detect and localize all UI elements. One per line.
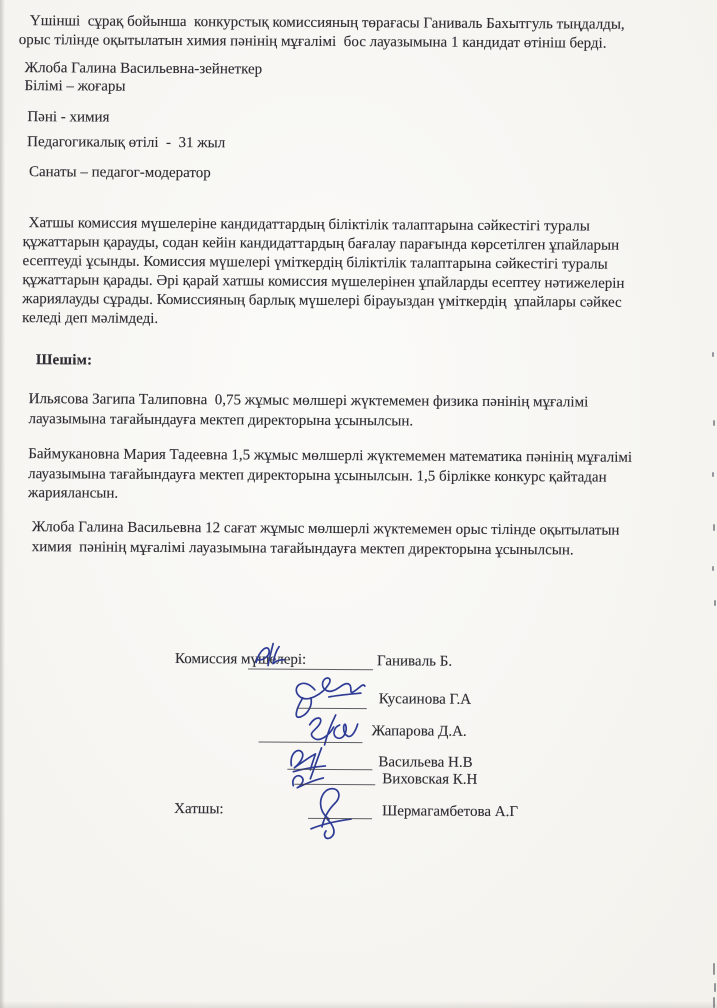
member-name: Ганиваль Б. — [377, 653, 452, 670]
scan-artifact — [712, 352, 714, 357]
scan-edge-shadow-bottom — [0, 1001, 717, 1008]
scan-artifact — [712, 472, 714, 477]
member-name: Васильева Н.В — [378, 754, 472, 772]
member-name: Кусаинова Г.А — [379, 691, 471, 709]
scan-artifact — [714, 983, 716, 992]
education-line: Білімі – жоғары — [24, 78, 125, 96]
scan-artifact — [713, 420, 715, 426]
scan-artifact — [712, 566, 714, 571]
intro-paragraph: Үшінші сұрақ бойынша конкурстық комиссия… — [19, 12, 625, 54]
signature-scribble-ganival — [246, 640, 306, 670]
decision-line: лауазымына тағайындауға мектеп директоры… — [28, 410, 588, 433]
scan-artifact — [713, 963, 715, 975]
signature-scribble-shermagambetova — [301, 785, 361, 841]
decision-paragraph-2: Баймукановна Мария Тадеевна 1,5 жұмыс мө… — [28, 445, 632, 507]
procedure-line: келеді деп мәлімдеді. — [22, 309, 624, 332]
signature-scribble-zhaparova — [301, 710, 363, 750]
candidate-name-line: Жлоба Галина Васильевна-зейнеткер — [25, 60, 263, 78]
scanned-protocol-page: Үшінші сұрақ бойынша конкурстық комиссия… — [0, 0, 717, 1008]
decision-paragraph-1: Ильясова Загипа Талиповна 0,75 жұмыс мөл… — [28, 390, 588, 432]
procedure-paragraph: Хатшы комиссия мүшелеріне кандидаттардың… — [22, 214, 625, 332]
decision-line: жариялансын. — [28, 484, 632, 507]
decision-paragraph-3: Жлоба Галина Васильевна 12 сағат жұмыс м… — [32, 518, 620, 561]
category-line: Санаты – педагог-модератор — [29, 164, 211, 182]
scan-artifact — [714, 600, 716, 606]
scan-edge-shadow-left — [0, 0, 5, 1008]
experience-line: Педагогикалық өтілі - 31 жыл — [27, 134, 225, 152]
scan-artifact — [713, 997, 715, 1008]
document-content: Үшінші сұрақ бойынша конкурстық комиссия… — [0, 0, 717, 1008]
member-name: Жапарова Д.А. — [372, 723, 467, 741]
subject-line: Пәні - химия — [27, 109, 109, 127]
decision-line: химия пәнінің мұғалімі лауазымына тағайы… — [32, 538, 620, 561]
intro-line: орыс тілінде оқытылатын химия пәнінің мұ… — [19, 31, 625, 54]
scan-artifact — [713, 524, 715, 531]
secretary-label: Хатшы: — [174, 801, 224, 818]
secretary-name: Шермагамбетова А.Г — [382, 803, 518, 821]
decision-line: лауазымына тағайындауға мектеп директоры… — [28, 465, 632, 488]
decision-heading: Шешім: — [36, 352, 92, 369]
member-name: Виховская К.Н — [382, 771, 477, 789]
decision-line: Ильясова Загипа Талиповна 0,75 жұмыс мөл… — [29, 390, 589, 413]
